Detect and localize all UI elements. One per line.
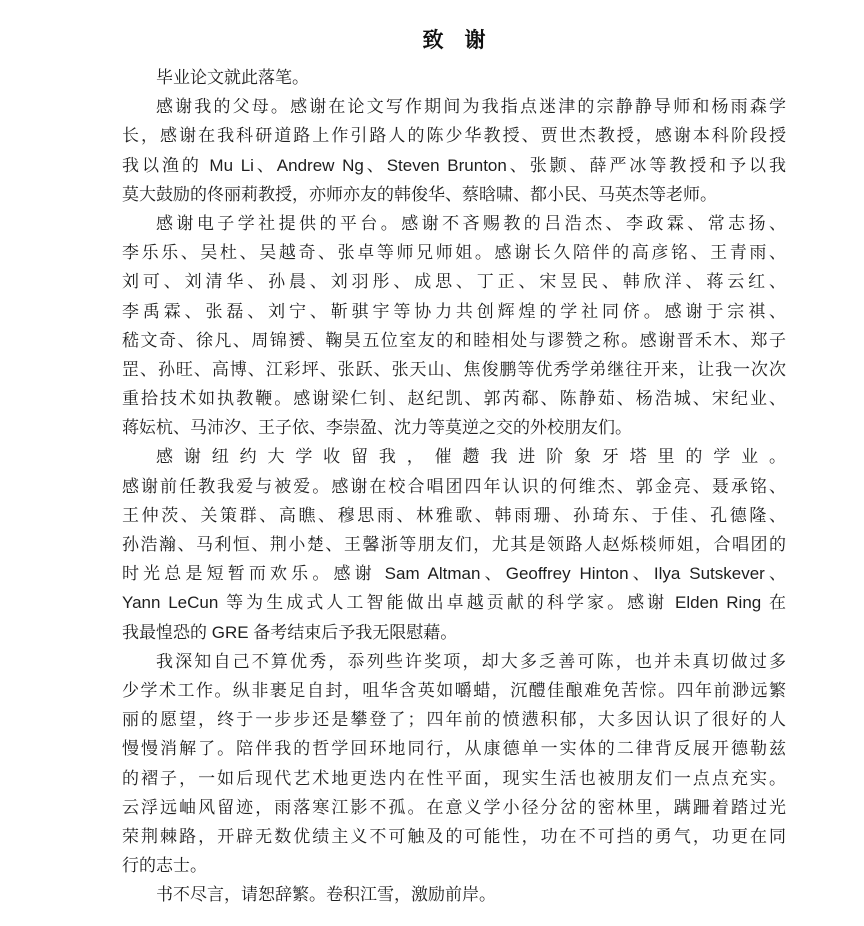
text-line: 云浮远岫风留迹，雨落寒江影不孤。在意义学小径分岔的密林里，蹒跚着踏过光 xyxy=(122,793,786,822)
text-line: 感谢前任教我爱与被爱。感谢在校合唱团四年认识的何维杰、郭金亮、聂承铭、 xyxy=(122,472,786,501)
text-line: 长，感谢在我科研道路上作引路人的陈少华教授、贾世杰教授，感谢本科阶段授 xyxy=(122,121,786,150)
text-line: 罡、孙旺、高博、江彩坪、张跃、张天山、焦俊鹏等优秀学弟继往开来，让我一次次 xyxy=(122,355,786,384)
text-line: 我以渔的 Mu Li、Andrew Ng、Steven Brunton、张颢、薛… xyxy=(122,151,786,180)
text-line: 书不尽言，请恕辞繁。卷积江雪，激励前岸。 xyxy=(122,880,786,909)
text-line: 王仲茨、关策群、高瞧、穆思雨、林雅歌、韩雨珊、孙琦东、于佳、孔德隆、 xyxy=(122,501,786,530)
text-line: 行的志士。 xyxy=(122,851,786,880)
page-title: 致 谢 xyxy=(122,24,786,54)
text-line: 的褶子，一如后现代艺术地更迭内在性平面，现实生活也被朋友们一点点充实。 xyxy=(122,764,786,793)
text-line: 我深知自己不算优秀，忝列些许奖项，却大多乏善可陈，也并未真切做过多 xyxy=(122,647,786,676)
text-line: 孙浩瀚、马利恒、荆小楚、王馨浙等朋友们，尤其是领路人赵烁棪师姐，合唱团的 xyxy=(122,530,786,559)
text-line: 我最惶恐的 GRE 备考结束后予我无限慰藉。 xyxy=(122,618,786,647)
text-line: 丽的愿望，终于一步步还是攀登了；四年前的愤懑积郁，大多因认识了很好的人 xyxy=(122,705,786,734)
text-line: 荣荆棘路，开辟无数优绩主义不可触及的可能性，功在不可挡的勇气，功更在同 xyxy=(122,822,786,851)
text-line: 刘可、刘清华、孙晨、刘羽彤、成思、丁正、宋昱民、韩欣洋、蒋云红、 xyxy=(122,267,786,296)
text-line: 慢慢消解了。陪伴我的哲学回环地同行，从康德单一实体的二律背反展开德勒兹 xyxy=(122,734,786,763)
text-line: 李乐乐、吴杜、吴越奇、张卓等师兄师姐。感谢长久陪伴的高彦铭、王青雨、 xyxy=(122,238,786,267)
text-line: 嵇文奇、徐凡、周锦赟、鞠昊五位室友的和睦相处与谬赞之称。感谢晋禾木、郑子 xyxy=(122,326,786,355)
text-line: 蒋妘杭、马沛汐、王子依、李崇盈、沈力等莫逆之交的外校朋友们。 xyxy=(122,413,786,442)
text-line: 李禹霖、张磊、刘宁、靳骐宇等协力共创辉煌的学社同侪。感谢于宗祺、 xyxy=(122,297,786,326)
text-line: 少学术工作。纵非裹足自封，咀华含英如嚼蜡，沉醴佳酿难免苦悰。四年前渺远繁 xyxy=(122,676,786,705)
paragraph: 感谢电子学社提供的平台。感谢不吝赐教的吕浩杰、李政霖、常志扬、李乐乐、吴杜、吴越… xyxy=(122,209,786,443)
text-line: Yann LeCun 等为生成式人工智能做出卓越贡献的科学家。感谢 Elden … xyxy=(122,588,786,617)
paragraph: 我深知自己不算优秀，忝列些许奖项，却大多乏善可陈，也并未真切做过多少学术工作。纵… xyxy=(122,647,786,881)
text-line: 重拾技术如执教鞭。感谢梁仁钊、赵纪凯、郭芮郗、陈静茹、杨浩城、宋纪业、 xyxy=(122,384,786,413)
text-line: 感谢纽约大学收留我，催趱我进阶象牙塔里的学业。 xyxy=(122,442,786,471)
acknowledgements-page: 致 谢 毕业论文就此落笔。感谢我的父母。感谢在论文写作期间为我指点迷津的宗静静导… xyxy=(0,0,864,926)
paragraph: 感谢纽约大学收留我，催趱我进阶象牙塔里的学业。感谢前任教我爱与被爱。感谢在校合唱… xyxy=(122,442,786,646)
acknowledgements-body: 毕业论文就此落笔。感谢我的父母。感谢在论文写作期间为我指点迷津的宗静静导师和杨雨… xyxy=(122,63,786,909)
text-line: 感谢我的父母。感谢在论文写作期间为我指点迷津的宗静静导师和杨雨森学 xyxy=(122,92,786,121)
text-line: 感谢电子学社提供的平台。感谢不吝赐教的吕浩杰、李政霖、常志扬、 xyxy=(122,209,786,238)
paragraph: 感谢我的父母。感谢在论文写作期间为我指点迷津的宗静静导师和杨雨森学长，感谢在我科… xyxy=(122,92,786,209)
text-line: 莫大鼓励的佟丽莉教授，亦师亦友的韩俊华、蔡晗啸、都小民、马英杰等老师。 xyxy=(122,180,786,209)
paragraph: 书不尽言，请恕辞繁。卷积江雪，激励前岸。 xyxy=(122,880,786,909)
text-line: 时光总是短暂而欢乐。感谢 Sam Altman、Geoffrey Hinton、… xyxy=(122,559,786,588)
paragraph: 毕业论文就此落笔。 xyxy=(122,63,786,92)
text-line: 毕业论文就此落笔。 xyxy=(122,63,786,92)
